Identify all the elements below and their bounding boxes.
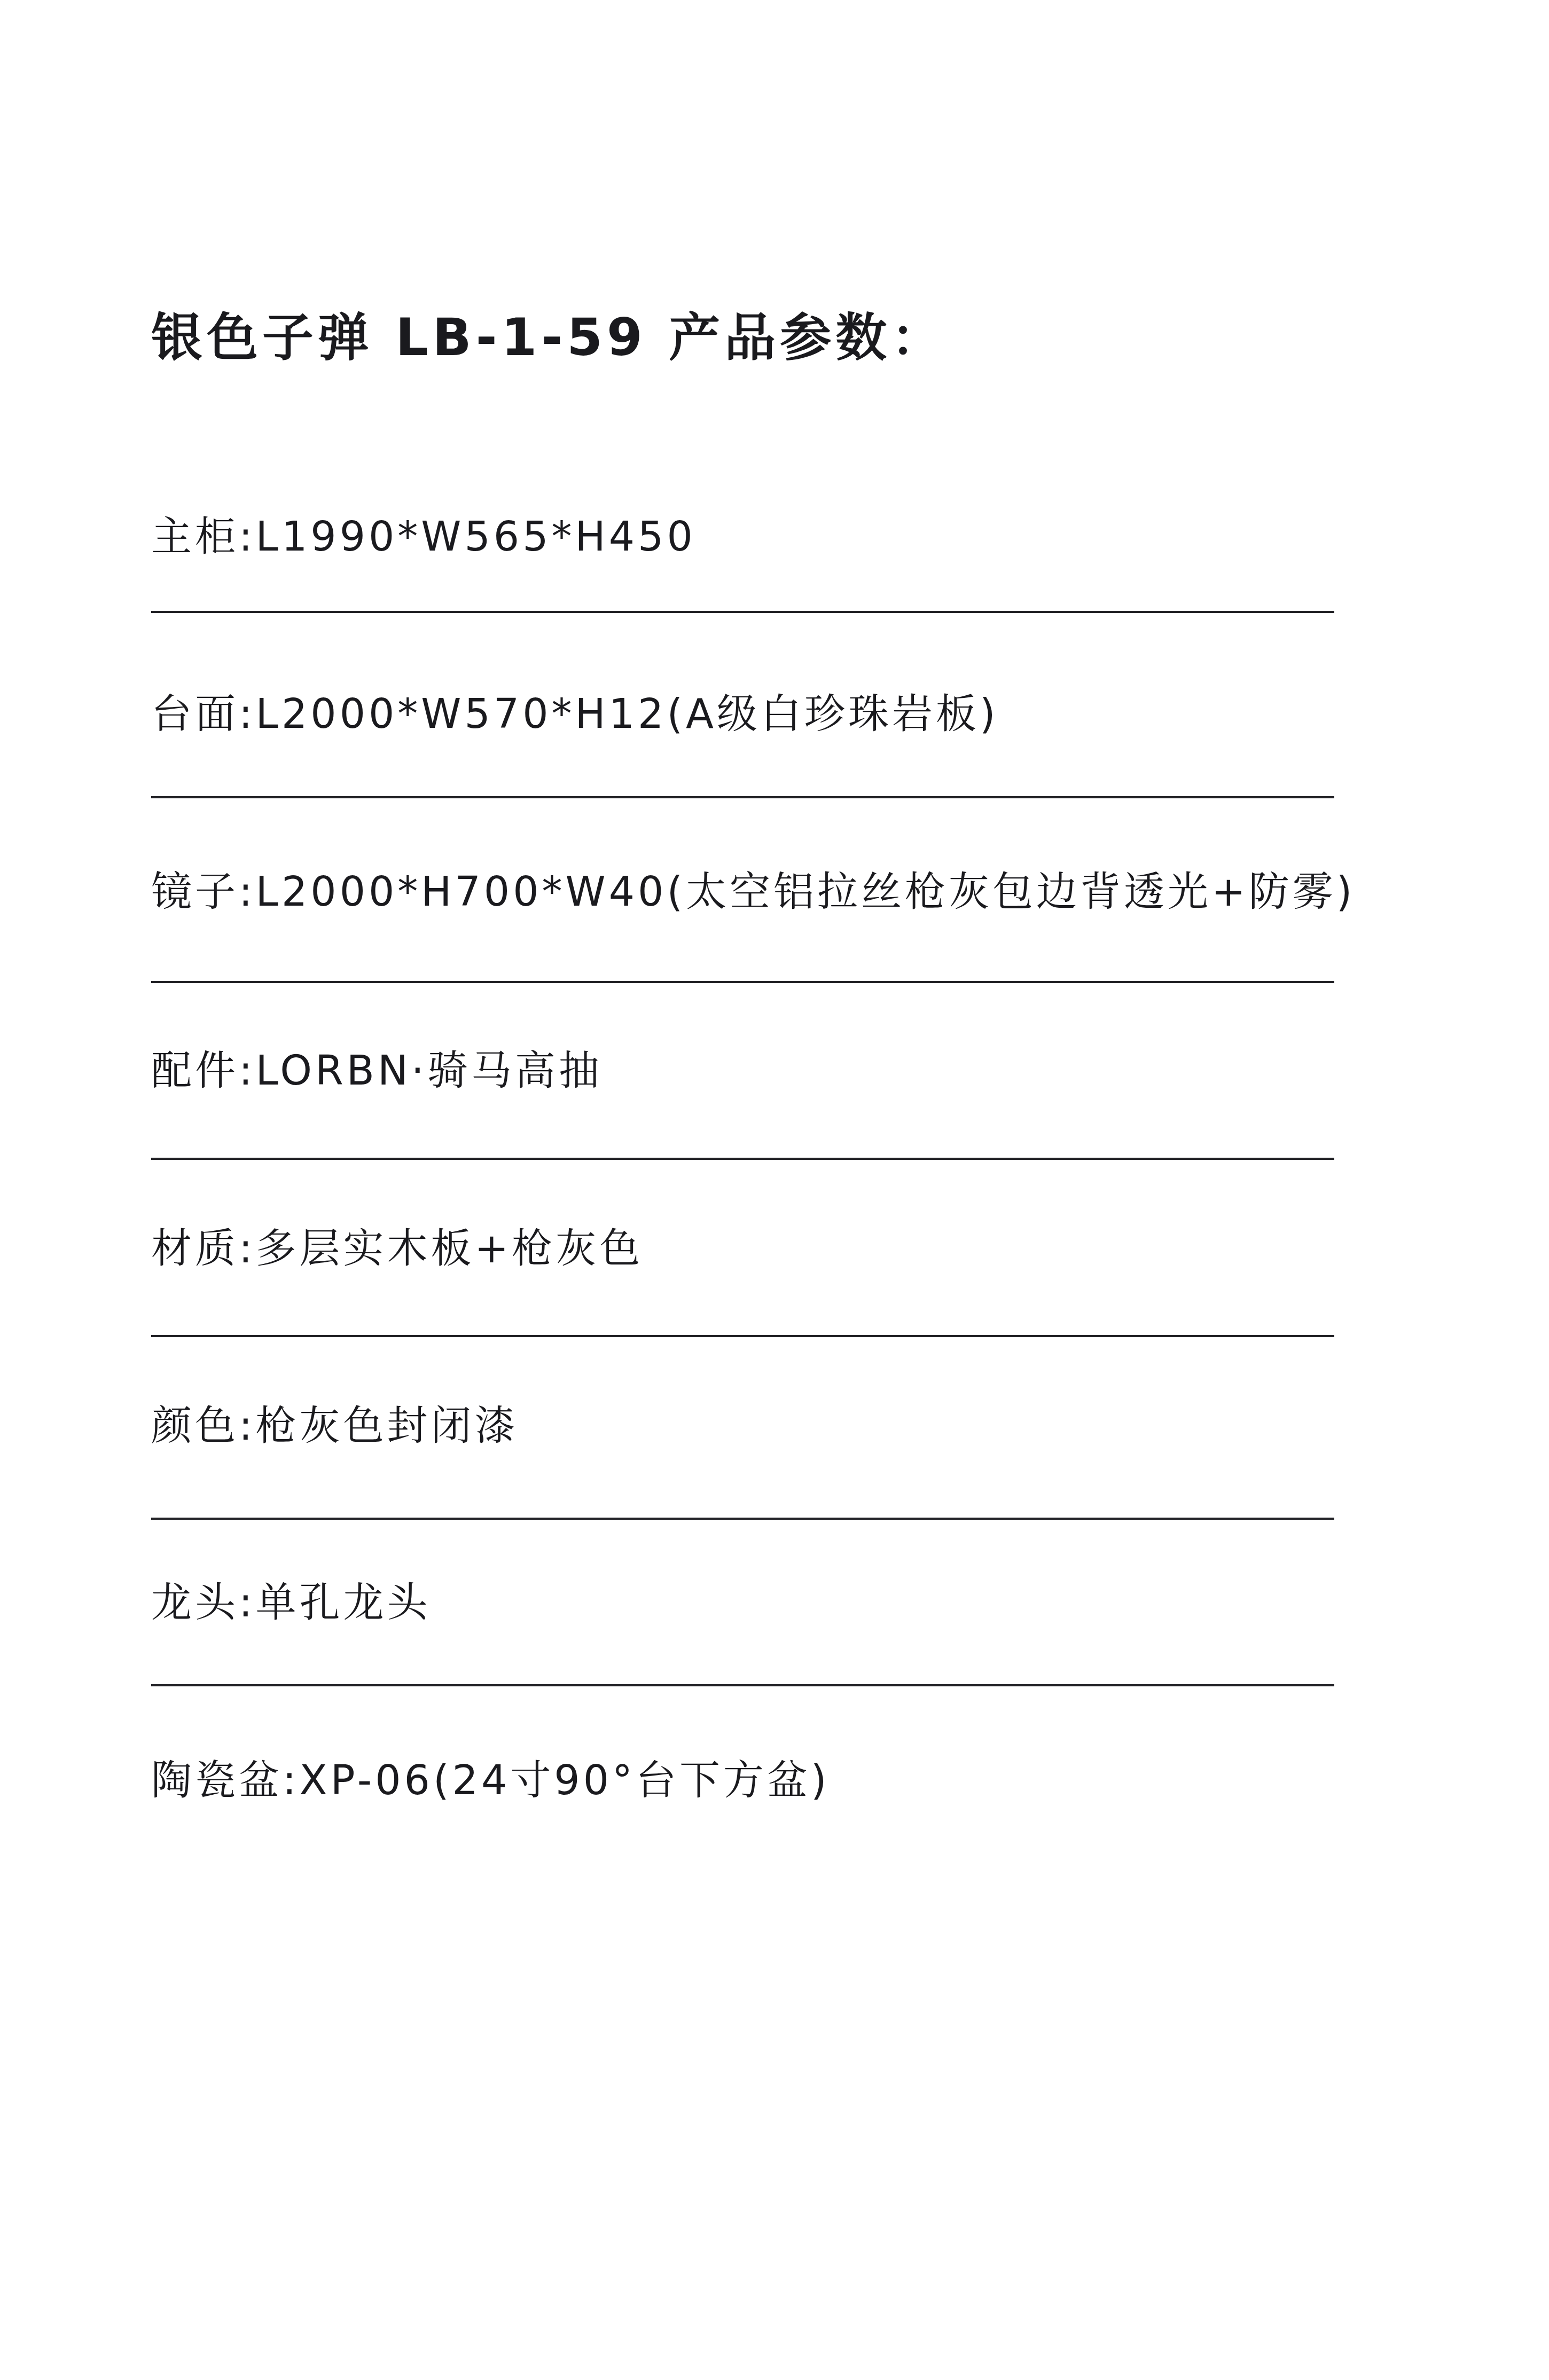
spec-material: 材质:多层实木板+枪灰色 — [151, 1222, 643, 1275]
spec-ceramic-basin: 陶瓷盆:XP-06(24寸90°台下方盆) — [151, 1754, 830, 1807]
spec-faucet: 龙头:单孔龙头 — [151, 1576, 431, 1629]
spec-color: 颜色:枪灰色封闭漆 — [151, 1399, 519, 1452]
spec-accessories: 配件:LORBN·骑马高抽 — [151, 1044, 603, 1097]
divider — [151, 611, 1334, 613]
divider — [151, 981, 1334, 983]
spec-countertop: 台面:L2000*W570*H12(A级白珍珠岩板) — [151, 687, 999, 741]
spec-main-cabinet: 主柜:L1990*W565*H450 — [151, 510, 696, 563]
divider — [151, 796, 1334, 798]
divider — [151, 1518, 1334, 1520]
divider — [151, 1158, 1334, 1160]
spec-mirror: 镜子:L2000*H700*W40(太空铝拉丝枪灰包边背透光+防雾) — [151, 865, 1355, 918]
divider — [151, 1684, 1334, 1686]
page-title: 银色子弹 LB-1-59 产品参数： — [151, 305, 946, 370]
divider — [151, 1335, 1334, 1337]
